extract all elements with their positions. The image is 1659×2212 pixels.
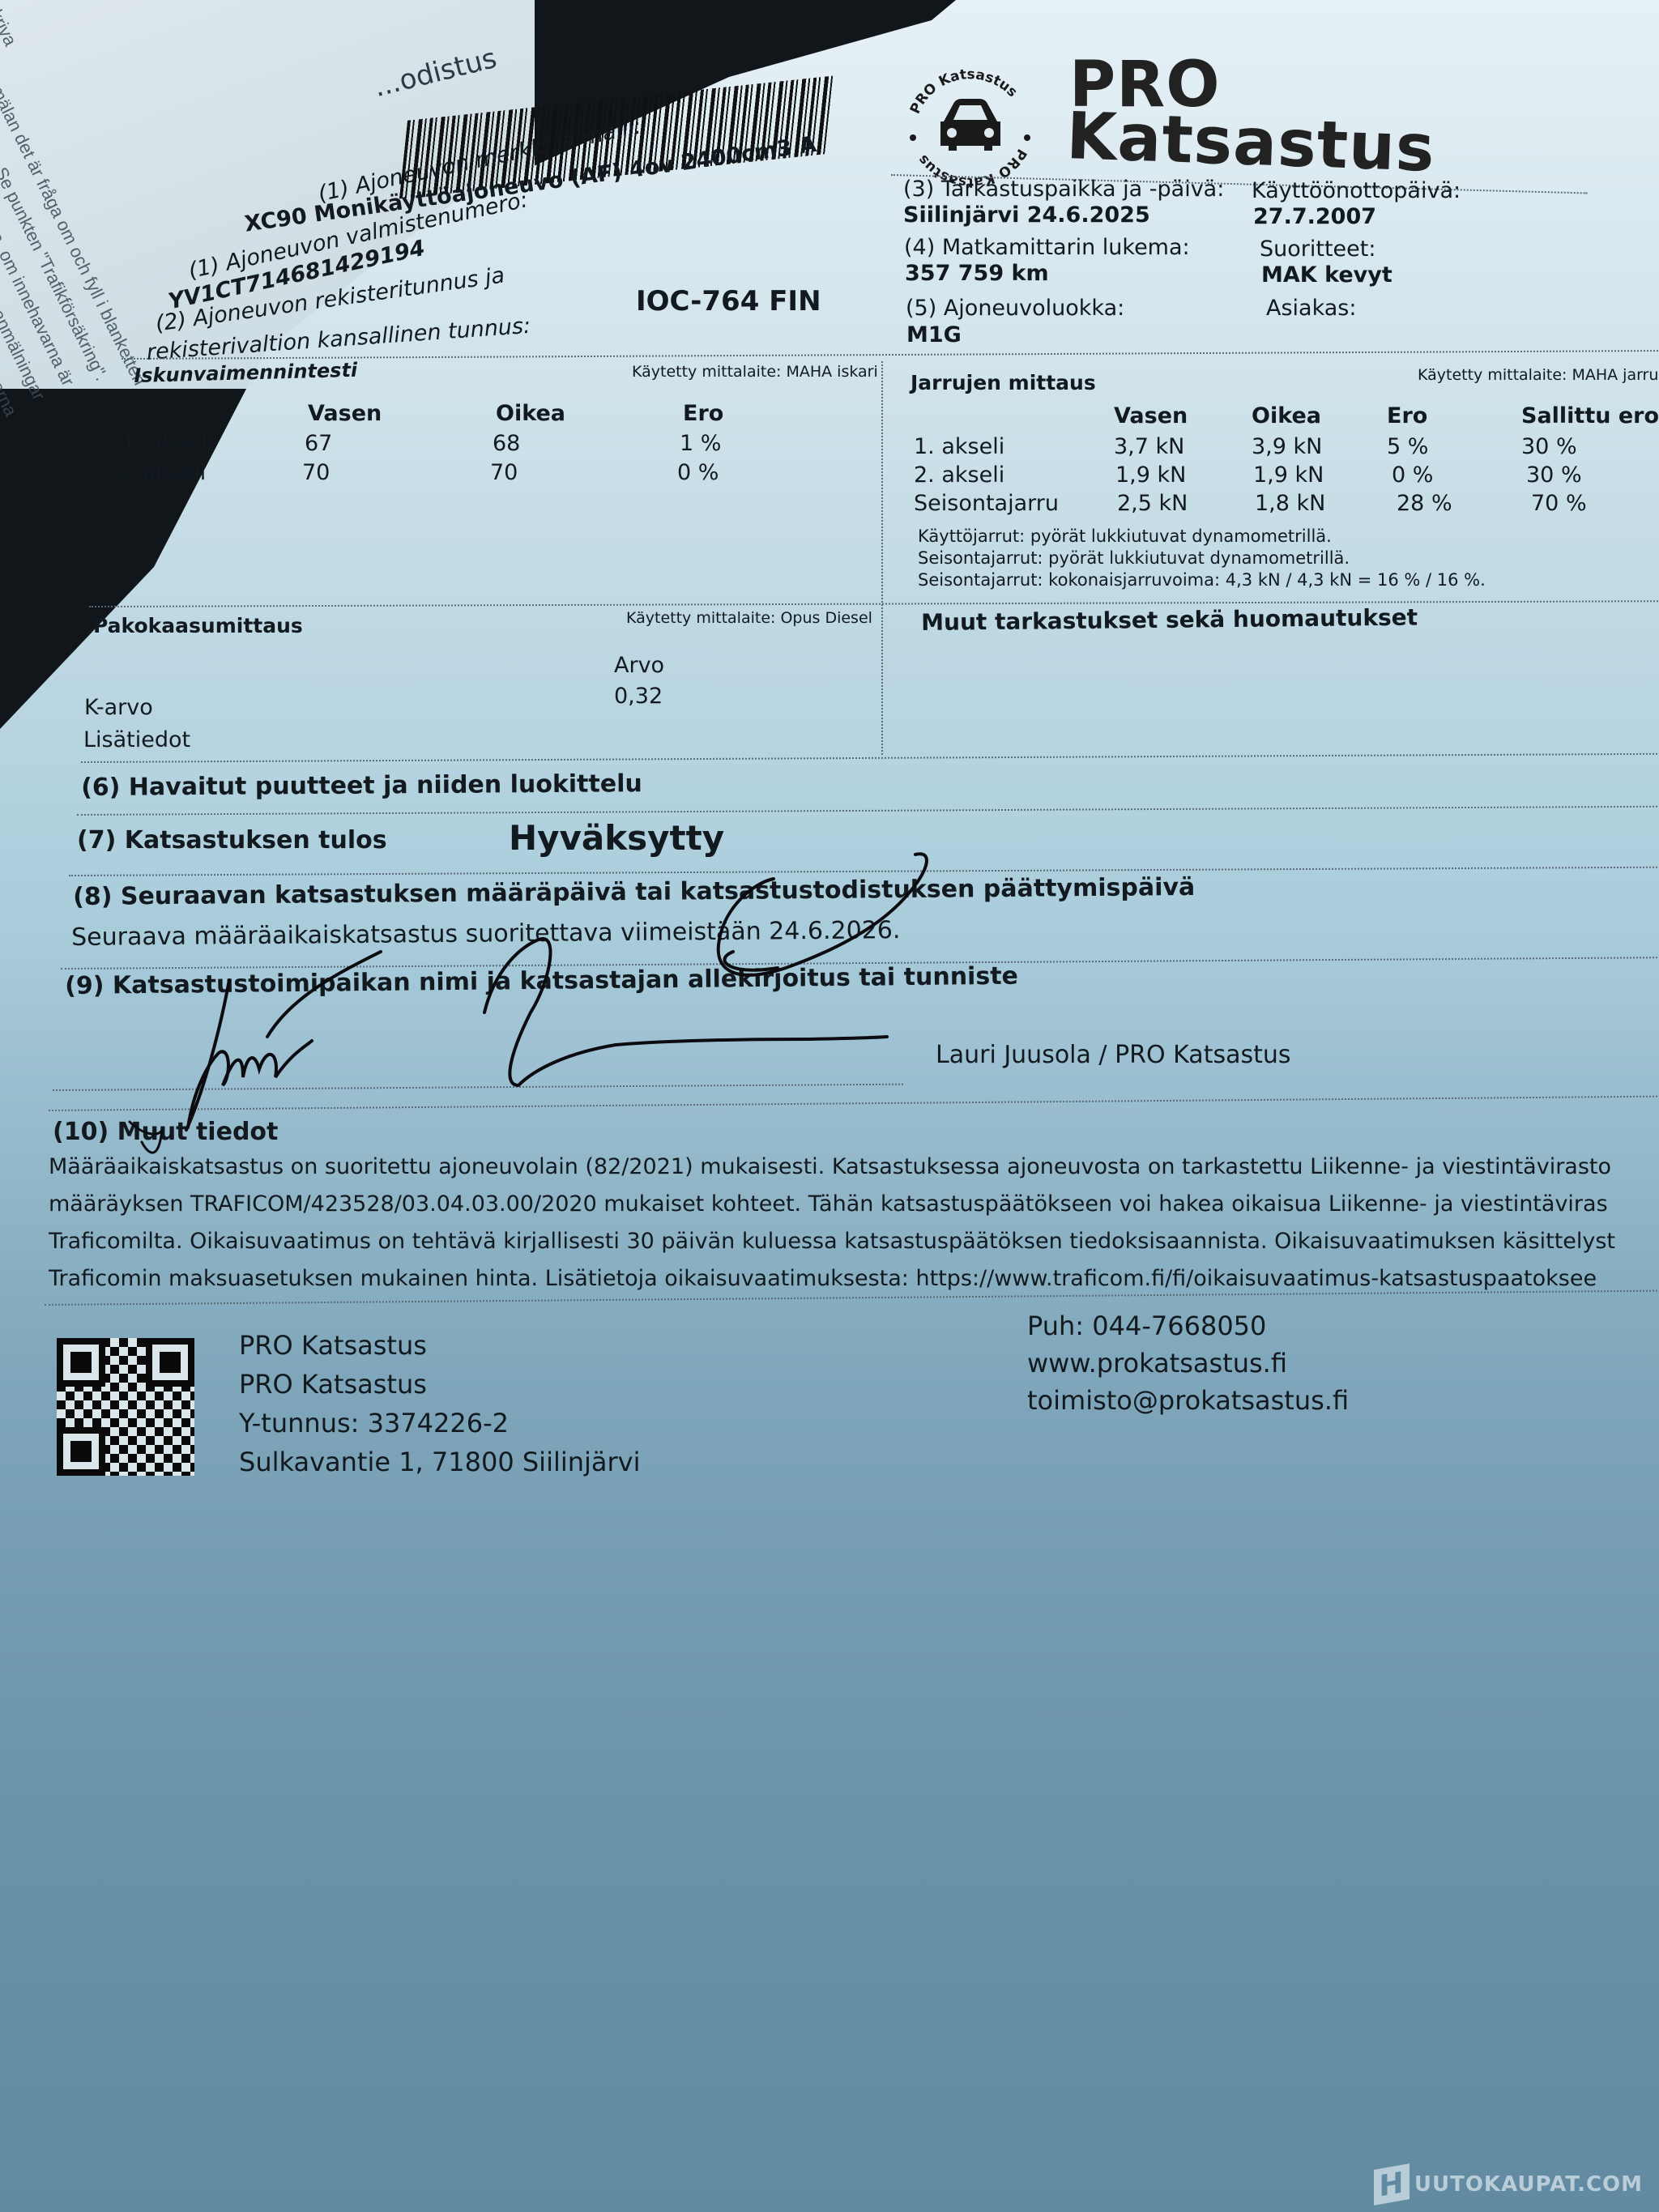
odometer-value: 357 759 km: [905, 261, 1049, 286]
qr-code-icon: [57, 1338, 194, 1476]
brake-col-header: Sallittu ero: [1521, 403, 1659, 428]
brake-cell: 5 %: [1387, 434, 1428, 459]
contact-line: www.prokatsastus.fi: [1027, 1348, 1287, 1379]
brake-cell: 28 %: [1397, 491, 1452, 516]
huutokaupat-watermark: H UUTOKAUPAT.COM: [1374, 2167, 1643, 2202]
odometer-label: (4) Matkamittarin lukema:: [904, 235, 1190, 260]
place-date-label: (3) Tarkastuspaikka ja -päivä:: [903, 177, 1224, 202]
brake-cell: 30 %: [1526, 462, 1582, 488]
shock-cell: 0 %: [677, 460, 719, 485]
brake-row-label: Seisontajarru: [914, 491, 1059, 516]
performed-label: Suoritteet:: [1260, 237, 1375, 262]
brake-cell: 1,9 kN: [1115, 462, 1186, 488]
intro-date-label: Käyttöönottopäivä:: [1252, 178, 1461, 203]
k-value: 0,32: [614, 684, 663, 709]
brake-cell: 0 %: [1392, 462, 1433, 488]
company-line: Sulkavantie 1, 71800 Siilinjärvi: [239, 1447, 641, 1477]
shock-col-header: Ero: [683, 401, 723, 426]
brake-note: Seisontajarrut: pyörät lukkiutuvat dynam…: [918, 548, 1350, 568]
brake-cell: 70 %: [1531, 491, 1587, 516]
customer-label: Asiakas:: [1266, 296, 1356, 321]
brake-cell: 1,8 kN: [1255, 491, 1325, 516]
shock-cell: 68: [493, 431, 520, 456]
brake-test-title: Jarrujen mittaus: [911, 371, 1096, 394]
brand-katsastus: Katsastus: [1065, 104, 1436, 181]
k-value-label: K-arvo: [84, 695, 153, 720]
shock-test-device: Käytetty mittalaite: MAHA iskari: [632, 363, 878, 381]
qr-finder: [57, 1338, 105, 1387]
extra-info-label: Lisätiedot: [83, 727, 190, 752]
vehicle-class-label: (5) Ajoneuvoluokka:: [906, 296, 1124, 321]
brake-cell: 1,9 kN: [1253, 462, 1324, 488]
exhaust-value-header: Arvo: [614, 653, 664, 678]
brake-row-label: 1. akseli: [914, 434, 1004, 459]
shock-row-label: 2. akseli: [115, 460, 206, 485]
registration-value: IOC-764 FIN: [636, 285, 821, 318]
brake-test-device: Käytetty mittalaite: MAHA jarru: [1418, 366, 1658, 384]
other-info-line: määräyksen TRAFICOM/423528/03.04.03.00/2…: [49, 1191, 1608, 1217]
watermark-text: UUTOKAUPAT.COM: [1414, 2172, 1643, 2197]
brake-cell: 30 %: [1521, 434, 1577, 459]
other-info-line: Traficomilta. Oikaisuvaatimus on tehtävä…: [49, 1229, 1615, 1254]
other-info-line: Traficomin maksuasetuksen mukainen hinta…: [49, 1266, 1597, 1291]
brake-row-label: 2. akseli: [914, 462, 1004, 488]
performed-value: MAK kevyt: [1261, 262, 1392, 288]
brake-note: Seisontajarrut: kokonaisjarruvoima: 4,3 …: [918, 570, 1486, 590]
brake-note: Käyttöjarrut: pyörät lukkiutuvat dynamom…: [918, 526, 1332, 546]
contact-line: toimisto@prokatsastus.fi: [1027, 1385, 1349, 1416]
shock-col-header: Vasen: [308, 401, 382, 426]
shock-cell: 1 %: [680, 431, 721, 456]
car-icon: [940, 99, 1000, 151]
intro-date-value: 27.7.2007: [1253, 204, 1376, 229]
vehicle-class-value: M1G: [906, 322, 962, 347]
other-info-title: (10) Muut tiedot: [53, 1118, 278, 1146]
result-title: (7) Katsastuksen tulos: [77, 826, 387, 855]
column-divider: [881, 361, 883, 755]
brake-cell: 3,7 kN: [1114, 434, 1184, 459]
brake-cell: 3,9 kN: [1252, 434, 1322, 459]
qr-finder: [146, 1338, 194, 1387]
result-value: Hyväksytty: [509, 818, 724, 858]
brake-col-header: Vasen: [1114, 403, 1188, 428]
watermark-logo-icon: H: [1374, 2163, 1410, 2206]
shock-col-header: Oikea: [496, 401, 565, 426]
shock-row-label: 1. akseli: [122, 431, 212, 456]
qr-finder: [57, 1427, 105, 1476]
brake-col-header: Ero: [1387, 403, 1427, 428]
other-checks-title: Muut tarkastukset sekä huomautukset: [921, 604, 1418, 636]
brake-col-header: Oikea: [1252, 403, 1321, 428]
shock-cell: 70: [490, 460, 518, 485]
exhaust-test-device: Käytetty mittalaite: Opus Diesel: [626, 609, 872, 627]
shock-cell: 67: [305, 431, 332, 456]
inspector-name: Lauri Juusola / PRO Katsastus: [936, 1041, 1291, 1069]
place-date-value: Siilinjärvi 24.6.2025: [903, 202, 1150, 228]
brake-cell: 2,5 kN: [1117, 491, 1188, 516]
company-line: PRO Katsastus: [239, 1369, 427, 1400]
company-line: PRO Katsastus: [239, 1330, 427, 1361]
shock-cell: 70: [302, 460, 330, 485]
contact-line: Puh: 044-7668050: [1027, 1311, 1266, 1341]
company-line: Y-tunnus: 3374226-2: [239, 1408, 509, 1438]
other-info-line: Määräaikaiskatsastus on suoritettu ajone…: [49, 1154, 1611, 1179]
defects-title: (6) Havaitut puutteet ja niiden luokitte…: [81, 769, 642, 802]
exhaust-test-title: Pakokaasumittaus: [93, 614, 303, 637]
